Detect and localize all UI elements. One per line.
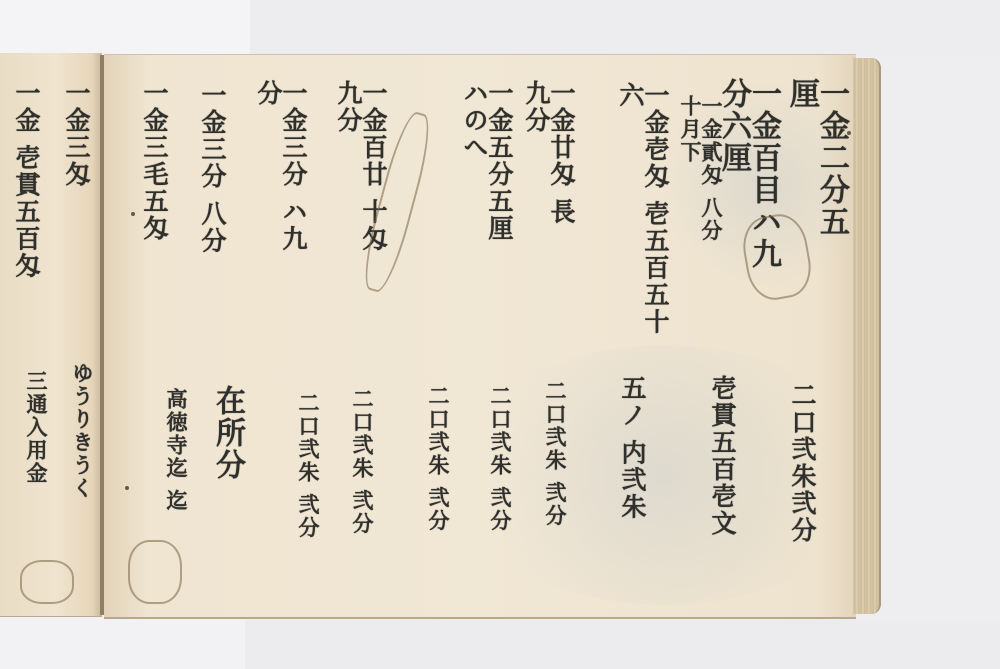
background-bottom-left xyxy=(0,615,245,669)
ledger-entry: 一金五分五厘 ハのへ xyxy=(462,80,512,250)
ledger-amount: 壱貫五百壱文 xyxy=(710,375,735,590)
ledger-entry: 一金貳匁 八分 十月下 xyxy=(680,95,722,245)
ledger-note: 三通入用金 xyxy=(26,370,47,590)
wormhole-damage xyxy=(128,540,182,604)
ledger-amount: 二口弐朱 弐分 xyxy=(428,385,449,565)
ledger-entry: 一金壱匁 壱五百五十六 xyxy=(618,82,668,342)
ledger-amount: 二口弐朱 弐分 xyxy=(352,388,373,573)
ledger-amount: 二口弐朱 弐分 xyxy=(545,380,566,570)
ledger-entry: 一金三分 ハ九分 xyxy=(256,80,306,260)
background-bottom-right xyxy=(245,620,1000,669)
background-top-left xyxy=(0,0,250,55)
ledger-note: ゆうりきうく xyxy=(72,362,93,592)
ledger-entry: 一金 壱貫五百匁 xyxy=(14,80,39,295)
ledger-entry: 一金三毛五匁 xyxy=(142,80,167,270)
wormhole-damage xyxy=(20,560,74,604)
ledger-amount: 二口弐朱 弐分 xyxy=(490,385,511,565)
wormhole-dot xyxy=(125,486,129,490)
ledger-amount: 五ノ 内弐朱 xyxy=(620,375,645,585)
page-stack-edge xyxy=(853,58,881,614)
ledger-amount: 二口弐朱 弐分 xyxy=(298,392,319,577)
ledger-note: 在所分 xyxy=(212,385,242,545)
wormhole-dot xyxy=(847,131,851,135)
ledger-entry: 一金三匁 xyxy=(64,80,89,230)
ledger-entry: 一金廿匁 長九分 xyxy=(524,80,574,250)
background-top-right xyxy=(250,0,1000,55)
wormhole-dot xyxy=(131,212,135,216)
ledger-entry: 一金三分 八分 xyxy=(200,82,225,262)
ledger-amount: 二口弐朱弐分 xyxy=(790,382,815,572)
